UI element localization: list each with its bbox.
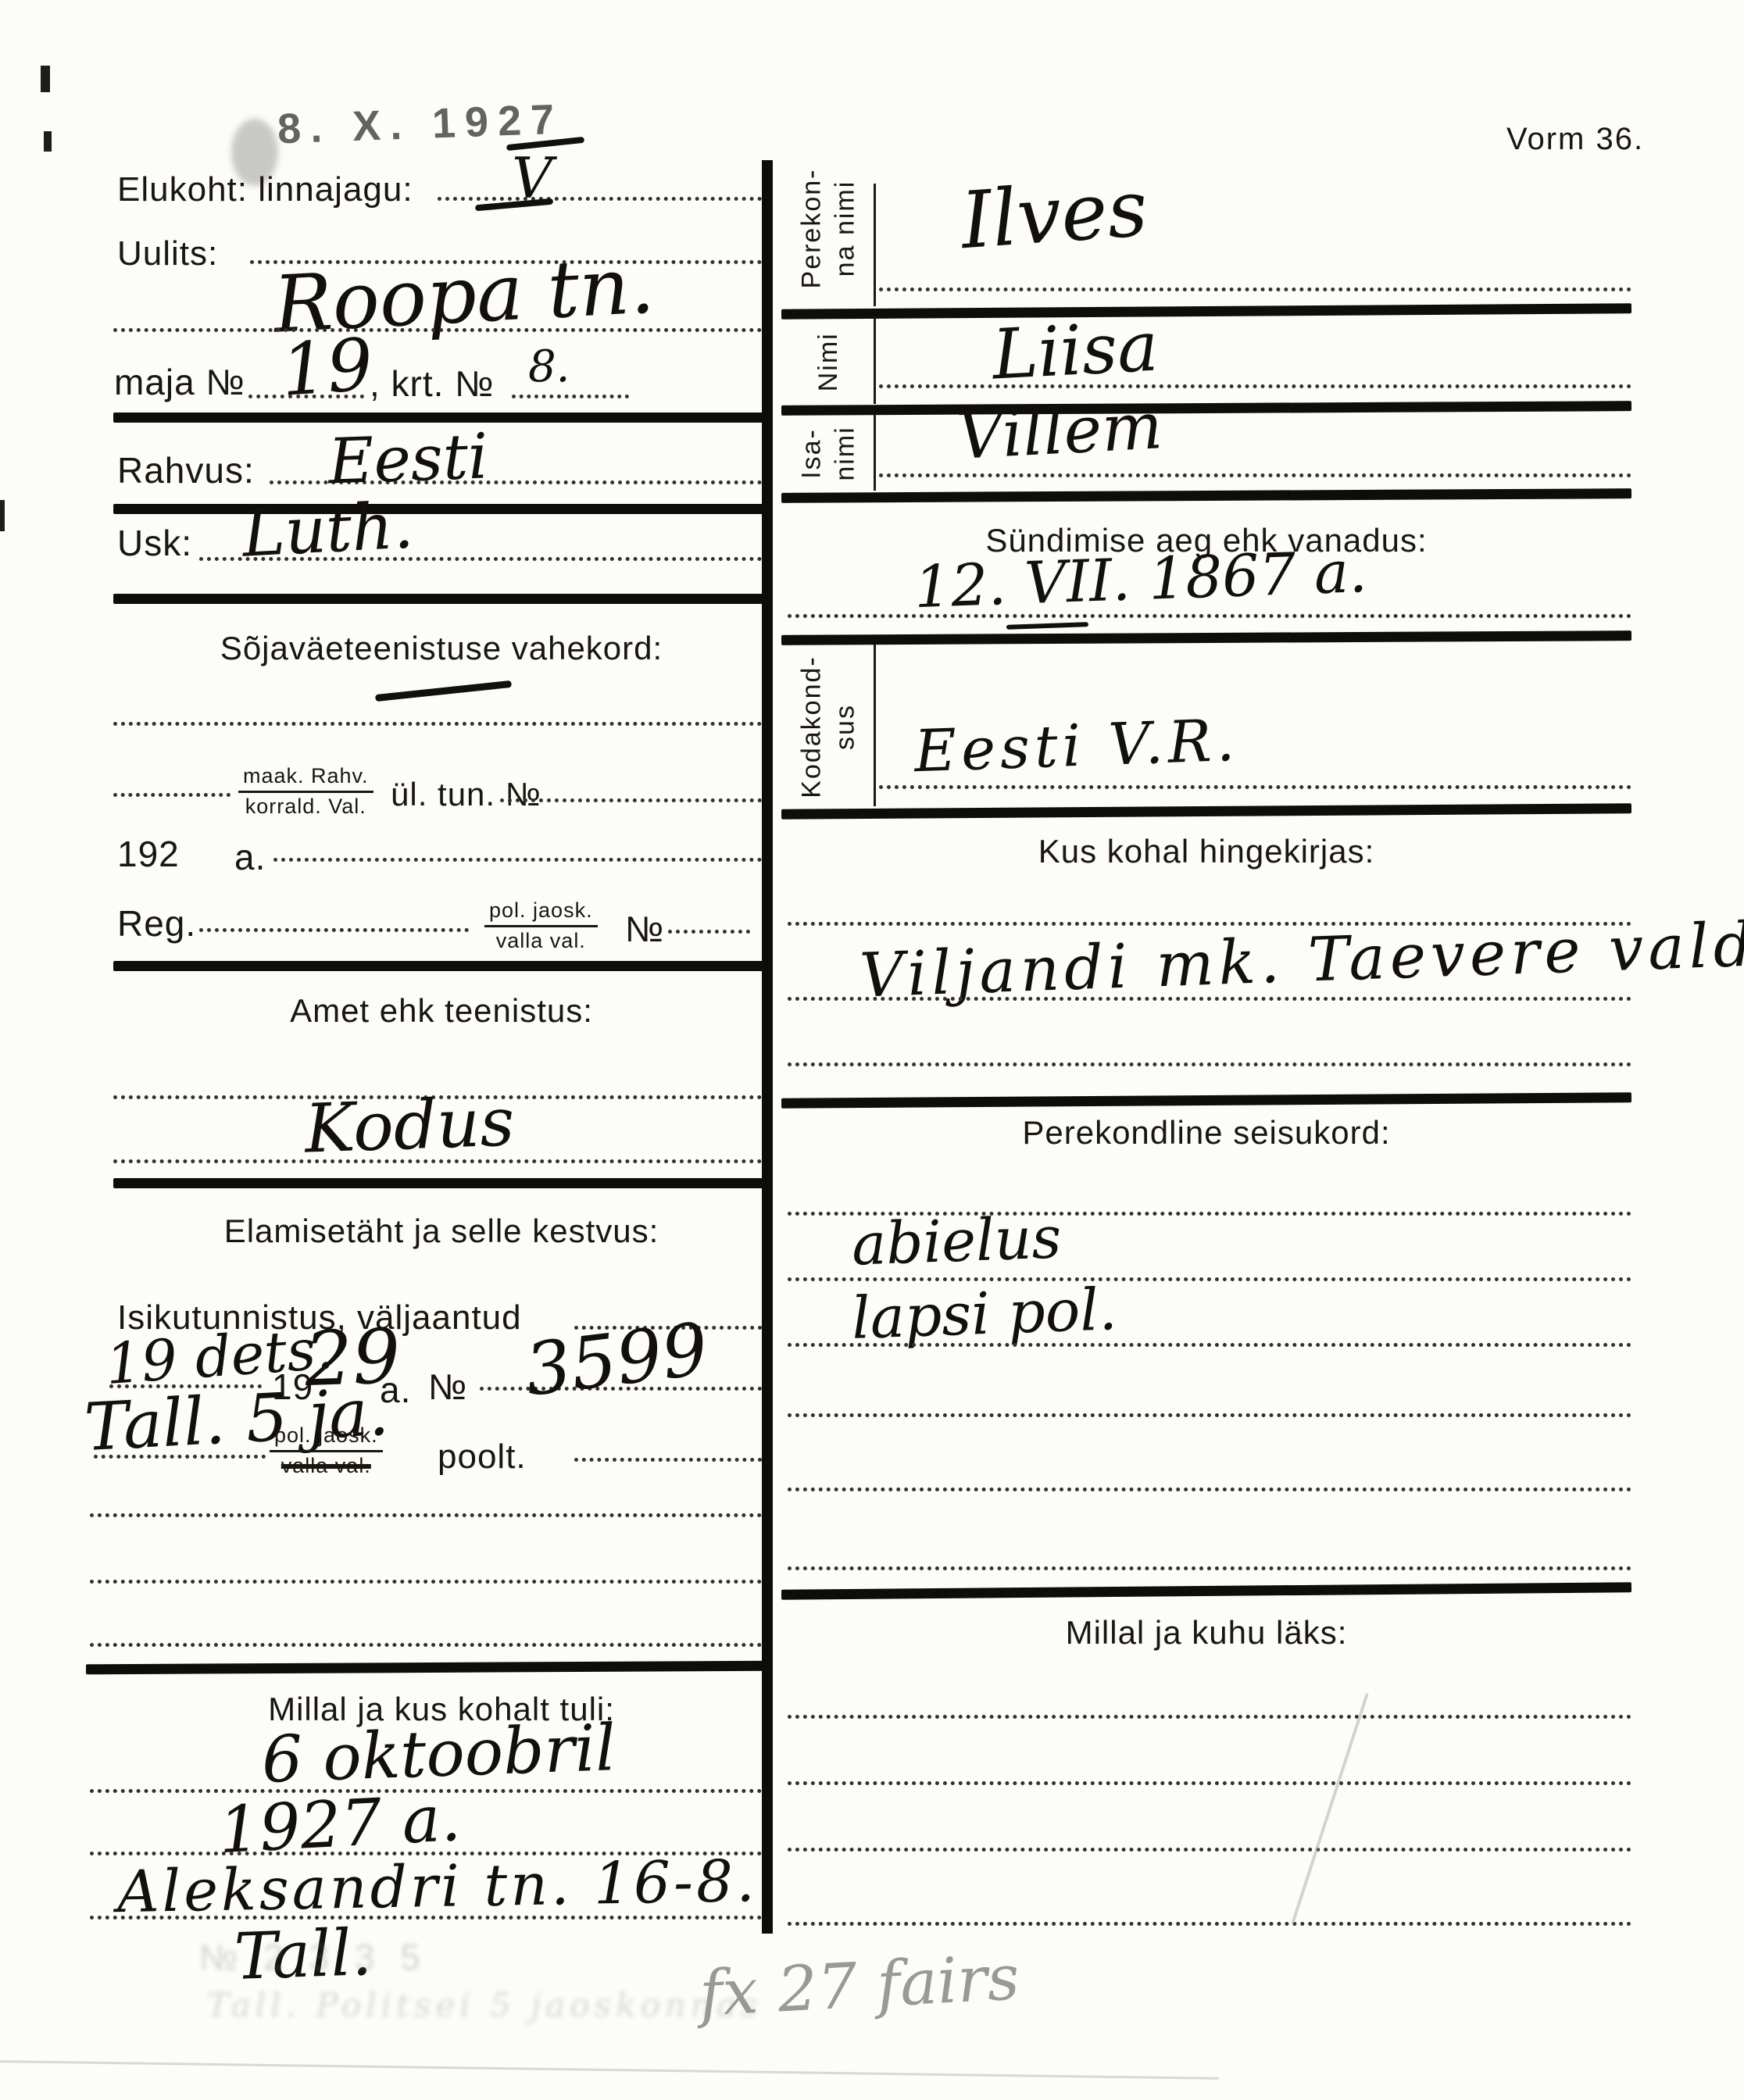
field-label-reg-no: №	[625, 908, 664, 950]
scan-speck	[0, 500, 5, 531]
dotted-line	[273, 858, 770, 862]
dotted-line	[113, 793, 231, 797]
dotted-line	[788, 1566, 1631, 1570]
handwritten-sundimine-value: 12. VII. 1867 a.	[913, 543, 1368, 616]
label-separator	[874, 316, 876, 404]
pencil-scratch	[1291, 1693, 1369, 1924]
dotted-line	[879, 384, 1631, 388]
scan-speck	[44, 131, 52, 152]
handwritten-certificate-number: 3599	[521, 1313, 712, 1407]
section-heading-elamisetaht: Elamisetäht ja selle kestvus:	[113, 1212, 770, 1250]
dotted-line	[788, 1277, 1631, 1281]
dotted-line	[788, 997, 1631, 1001]
rule-thick	[113, 961, 770, 971]
dotted-line	[788, 1922, 1631, 1926]
divider-vertical	[762, 160, 773, 1934]
handwritten-nimi-value: Liisa	[991, 312, 1160, 390]
section-heading-military: Sõjaväeteenistuse vahekord:	[113, 630, 770, 667]
handwritten-perekondline-line1: abielus	[851, 1209, 1063, 1273]
handwritten-perekondline-line2: lapsi pol.	[851, 1280, 1118, 1348]
field-label-usk: Usk:	[117, 522, 192, 564]
rule-thick	[781, 1582, 1631, 1599]
field-label-reg: Reg.	[117, 902, 196, 945]
faint-stamp-line1: № 2 3 3 5	[199, 1936, 428, 1978]
dotted-line	[113, 328, 770, 332]
dotted-line	[113, 722, 770, 726]
dotted-line	[788, 1715, 1631, 1719]
scan-hairline	[0, 2060, 1219, 2080]
rule-thick	[781, 803, 1631, 820]
rule-thick	[113, 594, 770, 604]
rule-thick	[86, 1661, 770, 1675]
section-heading-hingekiri: Kus kohal hingekirjas:	[781, 833, 1631, 870]
handwritten-isanimi-value: Villem	[956, 395, 1164, 470]
dotted-line	[90, 1580, 770, 1584]
dotted-line	[512, 395, 629, 398]
pencil-note: fx 27 fairs	[698, 1941, 1021, 2030]
rule-thick	[781, 488, 1631, 503]
dotted-line	[199, 928, 469, 932]
handwritten-rahvus-value: Eesti	[327, 425, 489, 493]
dotted-line	[788, 614, 1631, 618]
dotted-line	[788, 1848, 1631, 1852]
handwritten-usk-value: Luth.	[241, 494, 415, 566]
section-heading-perekondline: Perekondline seisukord:	[781, 1114, 1631, 1152]
rule-thick	[113, 1178, 770, 1188]
vertical-label-kodakondsus: Kodakond- sus	[795, 641, 862, 813]
dotted-line	[90, 1916, 770, 1920]
field-label-poolt: poolt.	[438, 1437, 527, 1477]
handwritten-elukoht-value: V	[512, 150, 552, 206]
field-label-ul-tun-no: ül. tun. №	[391, 776, 541, 813]
handwritten-perekonnanimi-value: Ilves	[959, 170, 1150, 260]
form-number: Vorm 36.	[1506, 122, 1644, 157]
handwritten-tuli-line3: Aleksandri tn. 16-8.	[116, 1852, 758, 1921]
field-label-maja: maja №	[114, 361, 245, 403]
dotted-line	[879, 785, 1631, 789]
field-label-elukoht: Elukoht: linnajagu:	[117, 170, 413, 209]
handwritten-krt-value: 8.	[528, 345, 570, 389]
field-label-year192: 192	[117, 833, 180, 875]
dotted-line	[90, 1643, 770, 1647]
label-fraction-pol-valla-issuer: pol. jaosk. valla val.	[270, 1423, 383, 1478]
label-separator	[874, 184, 876, 306]
handwritten-dash	[375, 680, 512, 702]
dotted-line	[113, 1159, 770, 1163]
rule-thick	[113, 504, 770, 514]
label-fraction-maak-korrald: maak. Rahv. korrald. Val.	[238, 764, 373, 819]
label-fraction-pol-valla: pol. jaosk. valla val.	[484, 898, 598, 953]
rule-thick	[781, 630, 1631, 645]
faint-stamp-line2: Tall. Politsei 5 jaoskonnas	[207, 1986, 763, 2024]
vertical-label-isanimi: Isa- nimi	[795, 368, 862, 540]
scan-speck	[41, 66, 50, 92]
field-label-issue-no: №	[428, 1366, 467, 1408]
section-heading-amet: Amet ehk teenistus:	[113, 992, 770, 1030]
dotted-line	[94, 1455, 266, 1459]
dotted-line	[788, 1062, 1631, 1066]
handwritten-kodakondsus-value: Eesti V.R.	[913, 712, 1240, 780]
dotted-line	[788, 1487, 1631, 1491]
field-label-uulits: Uulits:	[117, 234, 218, 273]
handwritten-underline-vii	[1006, 622, 1088, 630]
registration-card: 8. X. 1927 Vorm 36. Elukoht: linnajagu: …	[0, 0, 1744, 2100]
label-separator	[874, 645, 876, 806]
dotted-line	[788, 1781, 1631, 1785]
label-separator	[874, 414, 876, 491]
dotted-line	[788, 1413, 1631, 1417]
dotted-line	[438, 197, 770, 201]
dotted-line	[879, 287, 1631, 291]
dotted-line	[90, 1513, 770, 1517]
section-heading-laks: Millal ja kuhu läks:	[781, 1614, 1631, 1652]
handwritten-hingekiri-value: Viljandi mk. Taevere vald.	[859, 913, 1744, 1006]
field-label-krt: , krt. №	[370, 362, 495, 405]
handwritten-tuli-line1: 6 oktoobril	[261, 1716, 617, 1793]
dotted-line	[788, 1343, 1631, 1347]
rule-thick	[781, 1092, 1631, 1109]
dotted-line	[500, 798, 770, 802]
rule-thick	[781, 303, 1631, 320]
handwritten-amet-value: Kodus	[304, 1088, 516, 1162]
rule-thick	[781, 401, 1631, 416]
field-label-rahvus: Rahvus:	[117, 449, 255, 491]
handwritten-maja-value: 19	[279, 329, 375, 407]
field-label-year-a: a.	[234, 836, 266, 878]
dotted-line	[879, 473, 1631, 477]
dotted-line	[668, 930, 750, 934]
dotted-line	[574, 1458, 770, 1462]
